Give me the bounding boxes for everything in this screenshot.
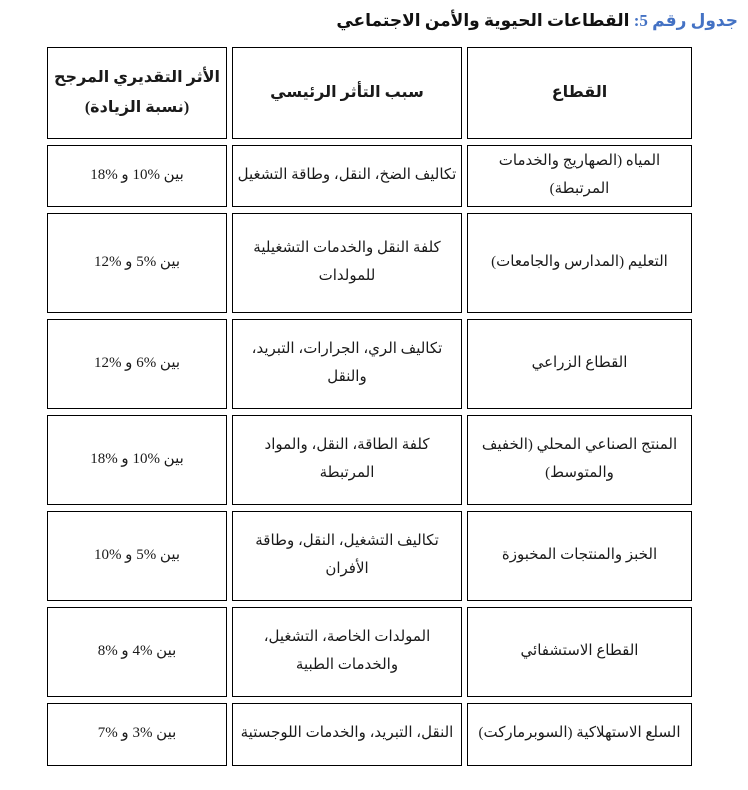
impact-cell: بين %10 و %18: [47, 145, 227, 207]
impact-cell: بين %4 و %8: [47, 607, 227, 697]
impact-cell: بين %5 و %10: [47, 511, 227, 601]
table-caption-title: القطاعات الحيوية والأمن الاجتماعي: [336, 11, 629, 30]
sector-cell: القطاع الزراعي: [467, 319, 692, 409]
impact-cell: بين %3 و %7: [47, 703, 227, 766]
column-header-sector: القطاع: [467, 47, 692, 139]
table-row-industry: المنتج الصناعي المحلي (الخفيف والمتوسط) …: [47, 415, 692, 505]
cause-cell: المولدات الخاصة، التشغيل، والخدمات الطبي…: [232, 607, 462, 697]
cause-cell: النقل، التبريد، والخدمات اللوجستية: [232, 703, 462, 766]
sectors-impact-table: القطاع سبب التأثر الرئيسي الأثر التقديري…: [42, 41, 697, 772]
table-row-bread: الخبز والمنتجات المخبوزة تكاليف التشغيل،…: [47, 511, 692, 601]
sector-cell: السلع الاستهلاكية (السوبرماركت): [467, 703, 692, 766]
column-header-impact: الأثر التقديري المرجح (نسبة الزيادة): [47, 47, 227, 139]
sector-cell: المياه (الصهاريج والخدمات المرتبطة): [467, 145, 692, 207]
impact-cell: بين %6 و %12: [47, 319, 227, 409]
cause-cell: تكاليف الري، الجرارات، التبريد، والنقل: [232, 319, 462, 409]
sector-cell: المنتج الصناعي المحلي (الخفيف والمتوسط): [467, 415, 692, 505]
document-page: جدول رقم 5: القطاعات الحيوية والأمن الاج…: [0, 0, 748, 790]
cause-cell: تكاليف التشغيل، النقل، وطاقة الأفران: [232, 511, 462, 601]
cause-cell: كلفة الطاقة، النقل، والمواد المرتبطة: [232, 415, 462, 505]
impact-cell: بين %10 و %18: [47, 415, 227, 505]
sector-cell: التعليم (المدارس والجامعات): [467, 213, 692, 313]
column-header-cause: سبب التأثر الرئيسي: [232, 47, 462, 139]
table-caption-number: جدول رقم 5:: [634, 11, 738, 30]
impact-cell: بين %5 و %12: [47, 213, 227, 313]
table-row-agriculture: القطاع الزراعي تكاليف الري، الجرارات، ال…: [47, 319, 692, 409]
cause-cell: كلفة النقل والخدمات التشغيلية للمولدات: [232, 213, 462, 313]
table-row-education: التعليم (المدارس والجامعات) كلفة النقل و…: [47, 213, 692, 313]
sector-cell: القطاع الاستشفائي: [467, 607, 692, 697]
table-row-hospitals: القطاع الاستشفائي المولدات الخاصة، التشغ…: [47, 607, 692, 697]
table-row-consumer-goods: السلع الاستهلاكية (السوبرماركت) النقل، ا…: [47, 703, 692, 766]
table-caption: جدول رقم 5: القطاعات الحيوية والأمن الاج…: [0, 0, 748, 33]
table-header-row: القطاع سبب التأثر الرئيسي الأثر التقديري…: [47, 47, 692, 139]
table-row-water: المياه (الصهاريج والخدمات المرتبطة) تكال…: [47, 145, 692, 207]
sector-cell: الخبز والمنتجات المخبوزة: [467, 511, 692, 601]
cause-cell: تكاليف الضخ، النقل، وطاقة التشغيل: [232, 145, 462, 207]
